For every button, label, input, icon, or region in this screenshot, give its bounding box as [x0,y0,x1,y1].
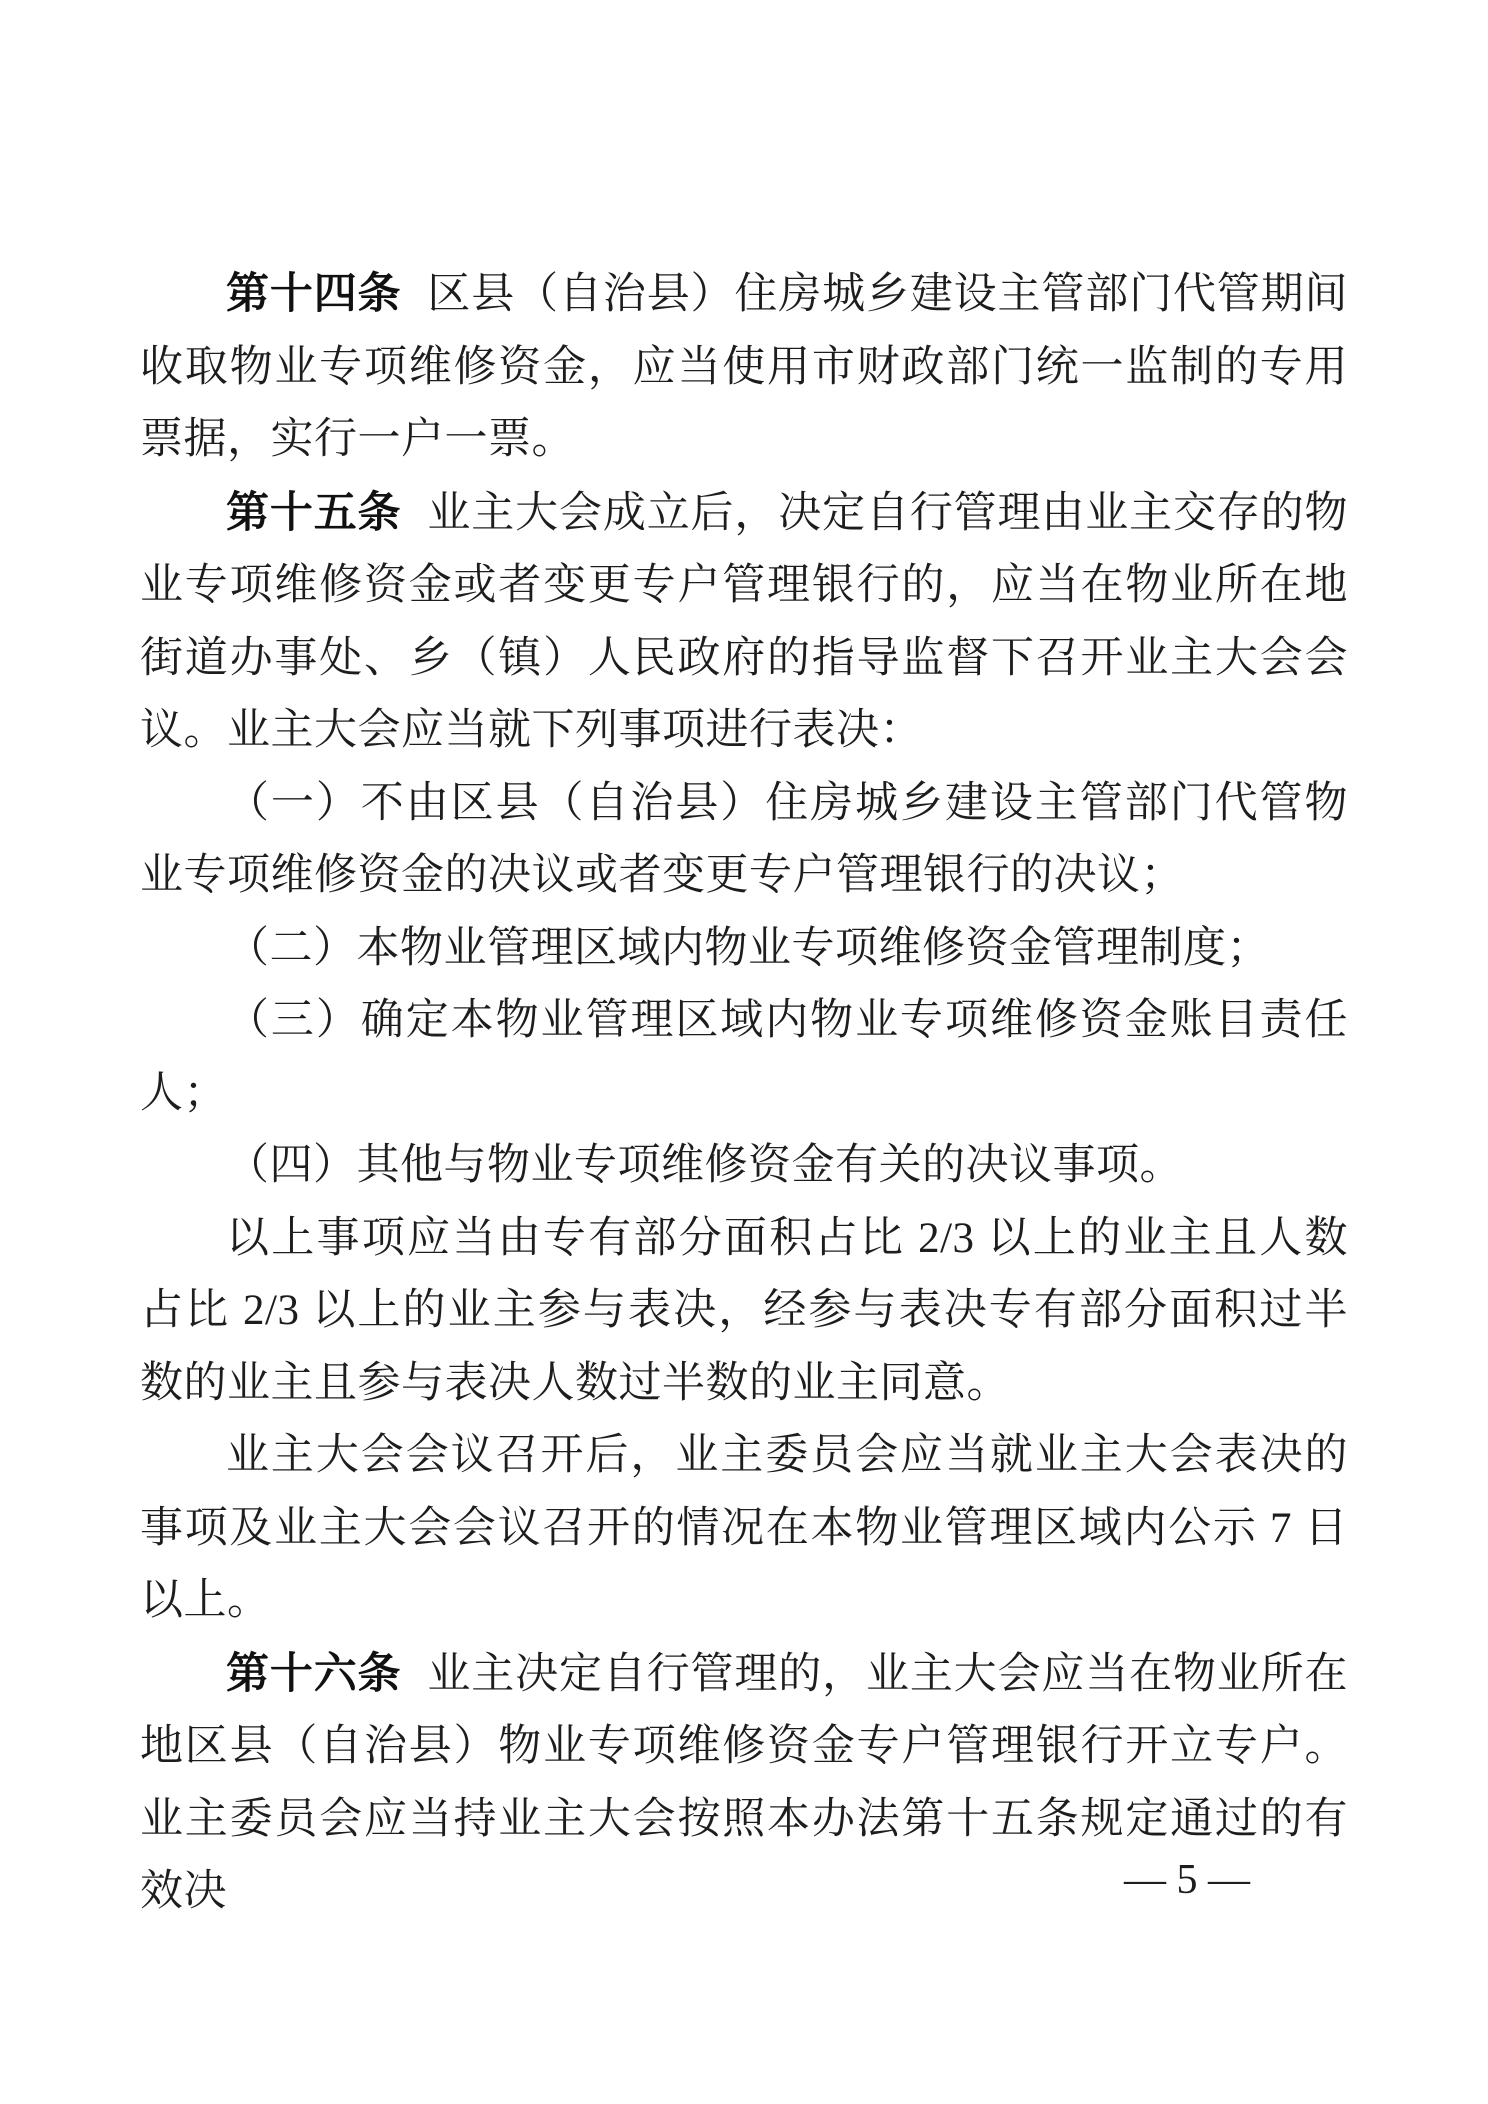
paragraph-text: （三）确定本物业管理区域内物业专项维修资金账目责任人； [140,997,1348,1117]
body-paragraph: （三）确定本物业管理区域内物业专项维修资金账目责任人； [140,985,1348,1130]
paragraph-text: （二）本物业管理区域内物业专项维修资金管理制度； [226,925,1270,972]
paragraph-text: 以上事项应当由专有部分面积占比 2/3 以上的业主且人数占比 2/3 以上的业主… [140,1215,1348,1407]
page-number: — 5 — [1124,1856,1250,1904]
article-number-heading: 第十六条 [226,1650,401,1698]
article-paragraph: 第十五条业主大会成立后，决定自行管理由业主交存的物业专项维修资金或者变更专户管理… [140,477,1348,768]
body-paragraph: （四）其他与物业专项维修资金有关的决议事项。 [140,1130,1348,1203]
document-page: 第十四条区县（自治县）住房城乡建设主管部门代管期间收取物业专项维修资金，应当使用… [0,0,1488,2104]
document-body: 第十四条区县（自治县）住房城乡建设主管部门代管期间收取物业专项维修资金，应当使用… [140,258,1348,1929]
body-paragraph: 业主大会会议召开后，业主委员会应当就业主大会表决的事项及业主大会会议召开的情况在… [140,1420,1348,1638]
paragraph-text: （四）其他与物业专项维修资金有关的决议事项。 [226,1142,1183,1189]
body-paragraph: 以上事项应当由专有部分面积占比 2/3 以上的业主且人数占比 2/3 以上的业主… [140,1203,1348,1421]
paragraph-text: 业主大会会议召开后，业主委员会应当就业主大会表决的事项及业主大会会议召开的情况在… [140,1432,1348,1624]
article-number-heading: 第十四条 [226,270,401,318]
article-number-heading: 第十五条 [226,489,401,537]
body-paragraph: （二）本物业管理区域内物业专项维修资金管理制度； [140,913,1348,986]
article-paragraph: 第十四条区县（自治县）住房城乡建设主管部门代管期间收取物业专项维修资金，应当使用… [140,258,1348,477]
body-paragraph: （一）不由区县（自治县）住房城乡建设主管部门代管物业专项维修资金的决议或者变更专… [140,768,1348,913]
paragraph-text: （一）不由区县（自治县）住房城乡建设主管部门代管物业专项维修资金的决议或者变更专… [140,780,1348,900]
